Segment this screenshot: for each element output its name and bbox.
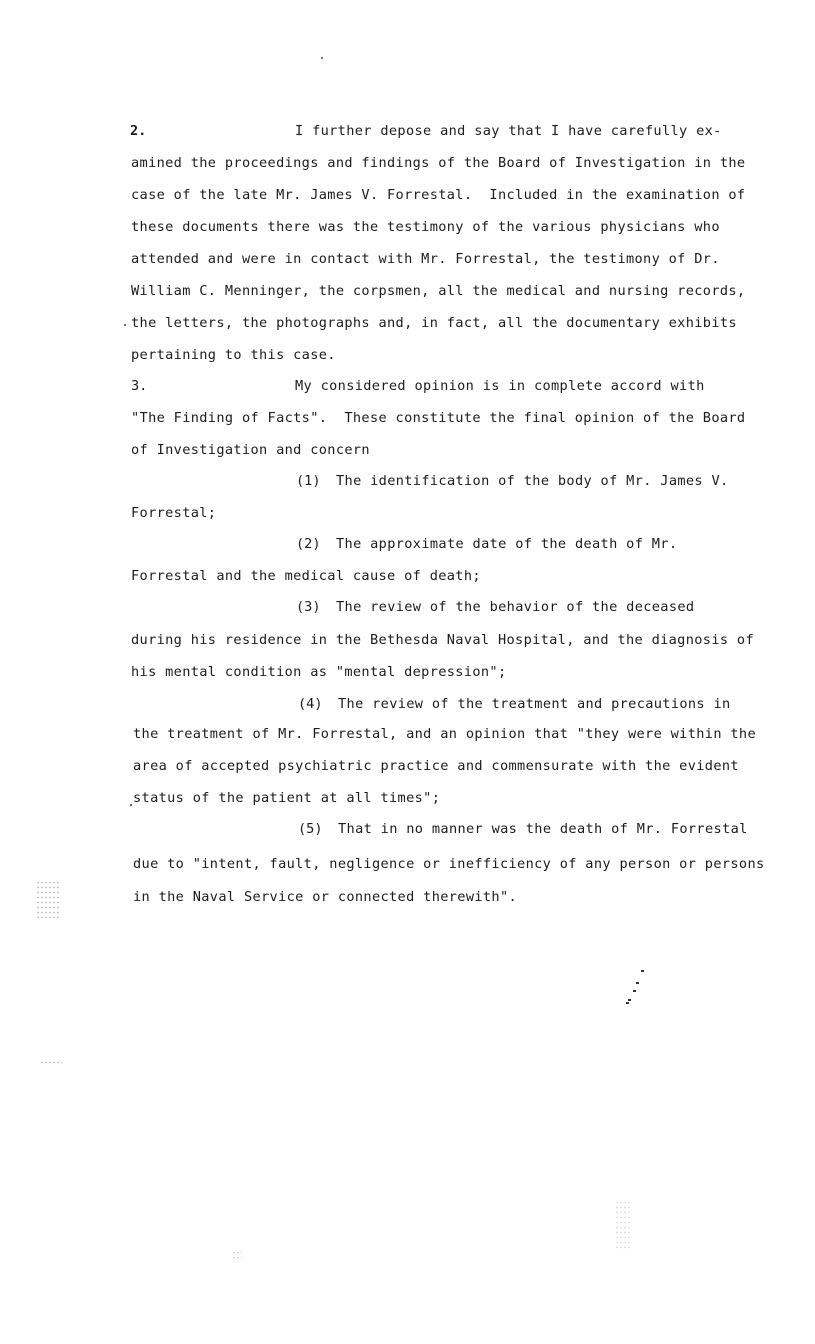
paragraph-number: 3. <box>131 378 147 394</box>
finding-text-line: due to "intent, fault, negligence or ine… <box>133 856 765 872</box>
finding-text-line: The review of the treatment and precauti… <box>338 696 731 712</box>
body-text-line: these documents there was the testimony … <box>131 219 720 235</box>
body-text-line: I further depose and say that I have car… <box>295 123 722 139</box>
scan-noise <box>40 1060 62 1066</box>
finding-text-line: The review of the behavior of the deceas… <box>336 599 694 615</box>
scan-speck <box>124 324 126 326</box>
finding-label: (1) <box>296 473 321 489</box>
finding-text-line: during his residence in the Bethesda Nav… <box>131 632 754 648</box>
scan-mark <box>633 990 636 992</box>
finding-text-line: in the Naval Service or connected therew… <box>133 889 517 905</box>
scan-noise <box>615 1200 631 1250</box>
finding-text-line: Forrestal and the medical cause of death… <box>131 568 481 584</box>
finding-text-line: Forrestal; <box>131 505 216 521</box>
finding-text-line: his mental condition as "mental depressi… <box>131 664 507 680</box>
body-text-line: "The Finding of Facts". These constitute… <box>131 410 745 426</box>
scan-mark <box>628 999 631 1001</box>
finding-text-line: The approximate date of the death of Mr. <box>336 536 677 552</box>
scan-speck <box>321 57 323 59</box>
body-text-line: William C. Menninger, the corpsmen, all … <box>131 283 745 299</box>
finding-text-line: status of the patient at all times"; <box>133 790 440 806</box>
body-text-line: of Investigation and concern <box>131 442 370 458</box>
finding-label: (4) <box>298 696 323 712</box>
body-text-line: attended and were in contact with Mr. Fo… <box>131 251 720 267</box>
finding-label: (3) <box>296 599 321 615</box>
finding-text-line: That in no manner was the death of Mr. F… <box>338 821 748 837</box>
body-text-line: pertaining to this case. <box>131 347 336 363</box>
paragraph-number: 2. <box>130 123 146 139</box>
scan-mark <box>626 1002 629 1004</box>
finding-text-line: The identification of the body of Mr. Ja… <box>336 473 729 489</box>
scan-noise <box>232 1250 242 1262</box>
body-text-line: amined the proceedings and findings of t… <box>131 155 745 171</box>
body-text-line: the letters, the photographs and, in fac… <box>131 315 737 331</box>
scan-mark <box>636 982 639 984</box>
scan-mark <box>641 970 644 972</box>
document-page: 2. I further depose and say that I have … <box>0 0 815 1344</box>
finding-label: (2) <box>296 536 321 552</box>
body-text-line: My considered opinion is in complete acc… <box>295 378 705 394</box>
finding-text-line: area of accepted psychiatric practice an… <box>133 758 739 774</box>
body-text-line: case of the late Mr. James V. Forrestal.… <box>131 187 745 203</box>
scan-speck <box>130 804 132 806</box>
finding-label: (5) <box>298 821 323 837</box>
finding-text-line: the treatment of Mr. Forrestal, and an o… <box>133 726 756 742</box>
scan-noise <box>36 880 60 920</box>
